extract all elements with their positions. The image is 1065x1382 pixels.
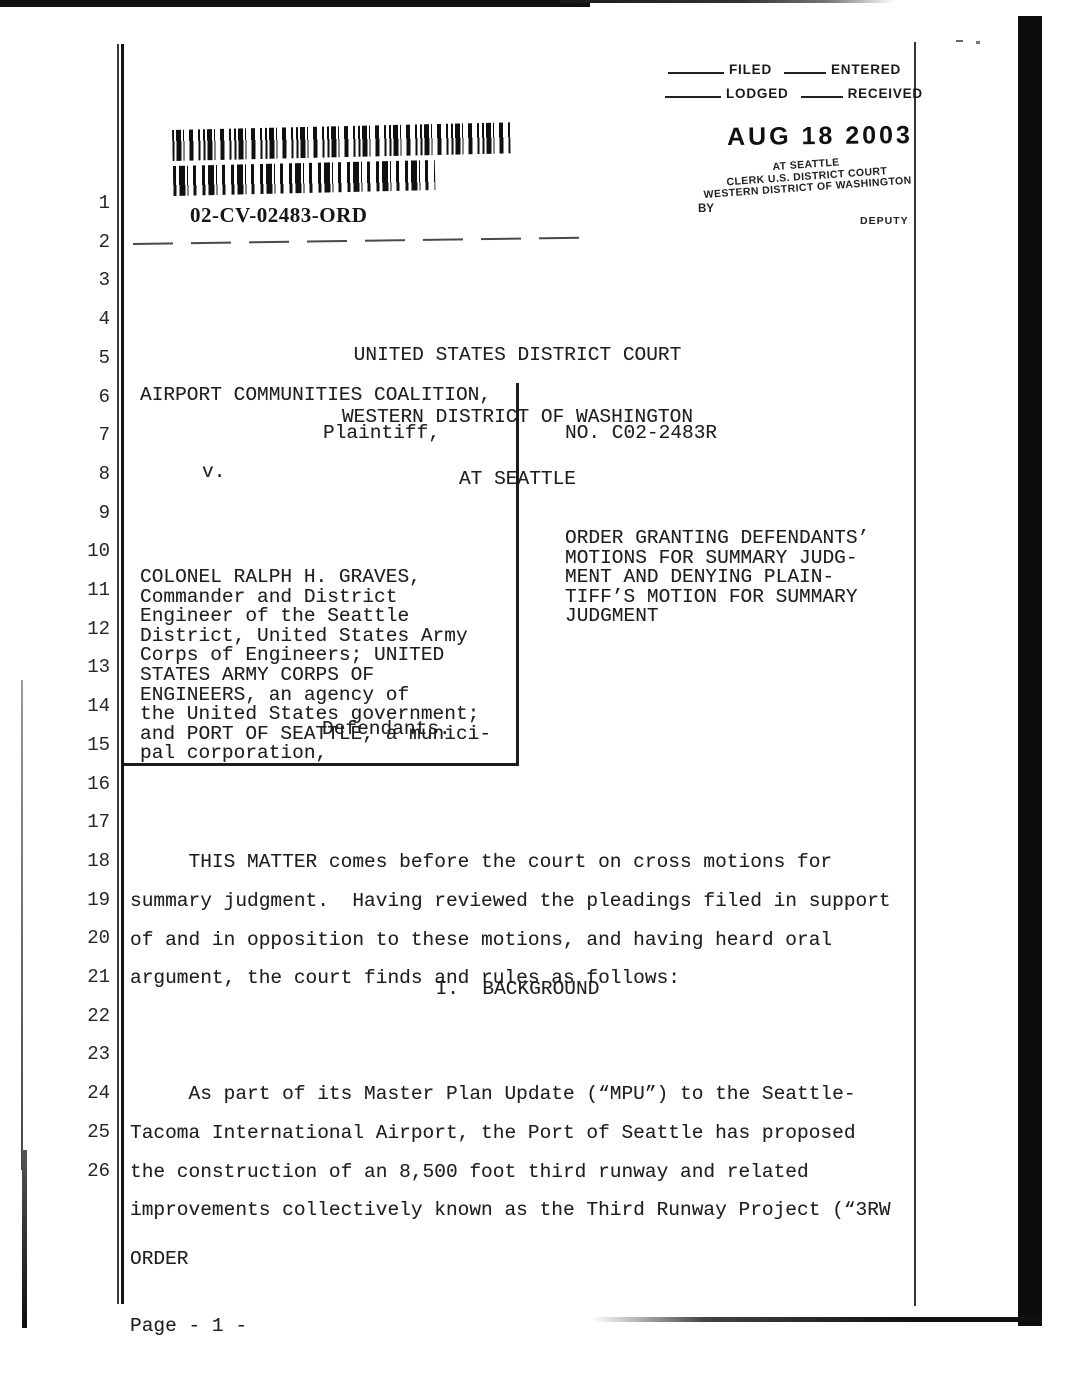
plaintiff-role: Plaintiff, [323,424,440,444]
scan-artifact-left-edge-dark [22,1150,27,1328]
pleading-right-rule [914,42,916,1306]
line-number: 14 [76,687,110,726]
court-name: UNITED STATES DISTRICT COURT [130,345,905,366]
line-number: 2 [76,223,110,262]
line-number: 12 [76,610,110,649]
barcode-row [172,122,511,161]
body-paragraph-2: As part of its Master Plan Update (“MPU”… [130,1009,891,1230]
body-line: Tacoma International Airport, the Port o… [130,1114,891,1153]
stamp-lodged-received-row: LODGED RECEIVED [665,86,923,101]
docket-barcode [172,122,511,196]
line-number: 21 [76,958,110,997]
scan-artifact-top-band [0,0,590,7]
stamp-date: AUG 18 2003 [727,121,913,152]
versus-label: v. [202,463,225,483]
scan-artifact-bottom-line [592,1317,1042,1322]
line-number: 3 [76,261,110,300]
line-number: 16 [76,765,110,804]
section-heading-background: I. BACKGROUND [130,970,905,1009]
line-number: 18 [76,842,110,881]
body-line: THIS MATTER comes before the court on cr… [130,843,891,882]
line-number: 23 [76,1035,110,1074]
stamp-filed-label: FILED [729,62,772,77]
stamp-blank-rule [801,96,843,98]
order-title-line: MENT AND DENYING PLAIN- [565,568,869,588]
defendant-name-line: pal corporation, [140,744,491,764]
line-number: 24 [76,1074,110,1113]
line-number: 10 [76,532,110,571]
defendant-name-line: STATES ARMY CORPS OF [140,666,491,686]
line-number: 9 [76,494,110,533]
line-number: 15 [76,726,110,765]
line-number: 11 [76,571,110,610]
line-number: 4 [76,300,110,339]
stamp-blank-rule [668,72,724,74]
stamp-by-label: BY [698,203,714,215]
order-title-line: JUDGMENT [565,607,869,627]
line-number: 25 [76,1113,110,1152]
defendants-role: Defendants. [322,720,451,740]
caption-box-bottom-rule [124,763,519,766]
stamp-entered-label: ENTERED [831,62,901,77]
line-number: 1 [76,184,110,223]
footer-page-label: Page - 1 - [130,1315,247,1338]
scan-artifact-right-bar [1018,16,1042,1326]
stamp-blank-rule [784,72,826,74]
plaintiff-name: AIRPORT COMMUNITIES COALITION, [140,386,491,406]
body-line: the construction of an 8,500 foot third … [130,1153,891,1192]
line-number: 19 [76,881,110,920]
case-number: NO. C02-2483R [565,424,717,444]
scan-artifact-left-edge [21,680,23,1170]
order-title-block: ORDER GRANTING DEFENDANTS’MOTIONS FOR SU… [565,463,869,627]
stamp-filed-entered-row: FILED ENTERED [668,62,901,77]
scan-artifact-dashed-line [133,237,581,246]
stamp-lodged-label: LODGED [726,86,789,101]
stamp-clerk-block: AT SEATTLE CLERK U.S. DISTRICT COURT WES… [688,152,926,203]
line-number: 13 [76,648,110,687]
line-number: 20 [76,919,110,958]
pleading-margin-rule-inner [121,44,124,1304]
line-number: 5 [76,339,110,378]
line-number: 6 [76,378,110,417]
pleading-margin-rule-outer [117,44,119,1304]
order-title-line: ORDER GRANTING DEFENDANTS’ [565,529,869,549]
page-footer: ORDER Page - 1 - [130,1204,247,1382]
barcode-row [173,160,436,196]
line-number: 22 [76,997,110,1036]
caption-box-divider [516,383,519,766]
body-line: summary judgment. Having reviewed the pl… [130,882,891,921]
line-number: 8 [76,455,110,494]
stamp-blank-rule [665,96,721,98]
scan-speck [956,40,963,42]
body-line: As part of its Master Plan Update (“MPU”… [130,1075,891,1114]
stamp-received-label: RECEIVED [848,86,923,101]
line-number: 17 [76,803,110,842]
line-number: 7 [76,416,110,455]
body-line: of and in opposition to these motions, a… [130,921,891,960]
defendant-name-line: COLONEL RALPH H. GRAVES, [140,568,491,588]
scanned-court-order-page: FILED ENTERED LODGED RECEIVED AUG 18 200… [0,0,1065,1382]
scan-artifact-top-band-fade [560,0,895,3]
line-number: 26 [76,1152,110,1191]
defendant-name-line: Engineer of the Seattle [140,607,491,627]
footer-doc-label: ORDER [130,1248,247,1271]
stamp-deputy-label: DEPUTY [860,215,909,227]
docket-number: 02-CV-02483-ORD [190,203,367,228]
line-number-column: 1234567891011121314151617181920212223242… [76,184,110,1190]
scan-speck [976,41,980,44]
body-paragraph-1: THIS MATTER comes before the court on cr… [130,777,891,998]
